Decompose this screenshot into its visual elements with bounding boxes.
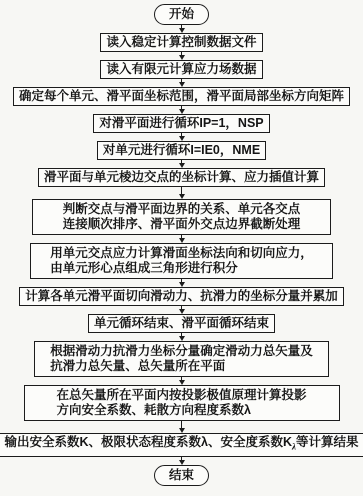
node-text-block: 根据滑动力抗滑力坐标分量确定滑动力总矢量及 抗滑力总矢量、总矢量所在平面 (50, 344, 313, 374)
flow-node-intersection-calc: 滑平面与单元棱边交点的坐标计算、应力插值计算 (38, 168, 325, 187)
flow-arrow-down (179, 279, 185, 287)
flowchart: 开始 读入稳定计算控制数据文件 读入有限元计算应力场数据 确定每个单元、滑平面坐… (0, 0, 363, 496)
flow-arrow-down (179, 52, 185, 60)
node-label: 开始 (169, 7, 194, 21)
node-line: 连接顺次排序、滑平面外交点边界截断处理 (63, 217, 301, 232)
flow-arrow-down (179, 377, 185, 385)
flow-node-determine-ranges: 确定每个单元、滑平面坐标范围，滑平面局部坐标方向矩阵 (13, 87, 350, 106)
flow-arrow-down (179, 333, 185, 341)
arrow-head-icon (179, 460, 185, 465)
node-label: 对单元进行循环I=IE0，NME (103, 143, 260, 157)
flow-node-read-control-file: 读入稳定计算控制数据文件 (100, 33, 262, 52)
flow-arrow-down (179, 133, 185, 141)
flow-node-read-fem-stress: 读入有限元计算应力场数据 (100, 60, 262, 79)
flow-node-loops-end: 单元循环结束、滑平面循环结束 (88, 314, 275, 333)
node-label: 对滑平面进行循环IP=1，NSP (99, 116, 263, 130)
flow-node-start: 开始 (154, 4, 209, 25)
node-label: 计算各单元滑平面切向滑动力、抗滑力的坐标分量并累加 (25, 289, 338, 303)
flow-arrow-down (179, 306, 185, 314)
flow-node-accumulate-components: 计算各单元滑平面切向滑动力、抗滑力的坐标分量并累加 (19, 287, 344, 306)
arrow-shaft (181, 421, 183, 428)
node-label-suffix: 等计算结果 (296, 435, 359, 449)
flow-arrow-down (179, 457, 185, 465)
node-line: 由单元形心点组成三角形进行积分 (50, 261, 313, 276)
flow-node-stress-integration: 用单元交点应力计算滑面坐标法向和切向应力， 由单元形心点组成三角形进行积分 (30, 243, 333, 279)
node-label: 单元循环结束、滑平面循环结束 (94, 316, 269, 330)
node-line: 用单元交点应力计算滑面坐标法向和切向应力， (50, 246, 313, 261)
flow-node-boundary-judge: 判断交点与滑平面边界的关系、单元各交点 连接顺次排序、滑平面外交点边界截断处理 (32, 199, 331, 235)
flow-node-end: 结束 (154, 465, 209, 486)
node-label-prefix: 输出安全系数K、极限状态程度系数λ、安全度系数K (4, 435, 292, 449)
node-label: 确定每个单元、滑平面坐标范围，滑平面局部坐标方向矩阵 (19, 89, 344, 103)
flow-arrow-down (179, 235, 185, 243)
node-line: 判断交点与滑平面边界的关系、单元各交点 (63, 202, 301, 217)
node-label: 读入有限元计算应力场数据 (106, 62, 256, 76)
node-line: 方向安全系数、耗散方向程度系数λ (56, 403, 306, 418)
node-line: 根据滑动力抗滑力坐标分量确定滑动力总矢量及 (50, 344, 313, 359)
node-label: 滑平面与单元棱边交点的坐标计算、应力插值计算 (44, 170, 319, 184)
node-text-block: 用单元交点应力计算滑面坐标法向和切向应力， 由单元形心点组成三角形进行积分 (50, 246, 313, 276)
node-label: 结束 (169, 468, 194, 482)
flow-arrow-down (179, 25, 185, 33)
flow-arrow-down (179, 79, 185, 87)
flow-arrow-down (179, 160, 185, 168)
node-line: 抗滑力总矢量、总矢量所在平面 (50, 359, 313, 374)
node-line: 在总矢量所在平面内按投影极值原理计算投影 (56, 388, 306, 403)
flow-node-total-vectors: 根据滑动力抗滑力坐标分量确定滑动力总矢量及 抗滑力总矢量、总矢量所在平面 (34, 341, 329, 377)
flow-node-output-results: 输出安全系数K、极限状态程度系数λ、安全度系数Kλ等计算结果 (0, 433, 363, 457)
node-text-block: 在总矢量所在平面内按投影极值原理计算投影 方向安全系数、耗散方向程度系数λ (56, 388, 306, 418)
flow-node-projection-calc: 在总矢量所在平面内按投影极值原理计算投影 方向安全系数、耗散方向程度系数λ (24, 385, 340, 421)
flow-node-slip-plane-loop: 对滑平面进行循环IP=1，NSP (93, 114, 269, 133)
node-text-block: 判断交点与滑平面边界的关系、单元各交点 连接顺次排序、滑平面外交点边界截断处理 (63, 202, 301, 232)
node-label: 读入稳定计算控制数据文件 (106, 35, 256, 49)
flow-arrow-down (179, 421, 185, 433)
flow-node-element-loop: 对单元进行循环I=IE0，NME (97, 141, 266, 160)
flow-arrow-down (179, 106, 185, 114)
flow-arrow-down (179, 187, 185, 199)
arrow-shaft (181, 187, 183, 194)
